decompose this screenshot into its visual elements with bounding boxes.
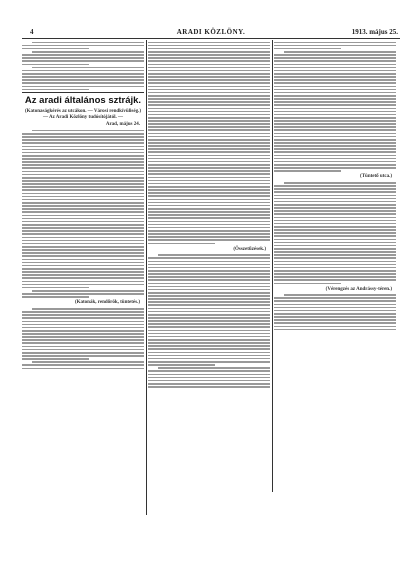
- issue-date: 1913. május 25.: [352, 28, 398, 36]
- column-1: Az aradi általános sztrájk. (Katonaságké…: [22, 40, 144, 513]
- newspaper-title: ARADI KÖZLÖNY.: [22, 28, 400, 36]
- column-divider: [272, 40, 273, 492]
- article-heading: Az aradi általános sztrájk.: [22, 95, 144, 107]
- dateline: Arad, május 24.: [22, 121, 144, 128]
- newspaper-page: 4 ARADI KÖZLÖNY. 1913. május 25. Az arad…: [22, 28, 400, 520]
- section-heading: (Összetűzések.): [148, 246, 270, 253]
- section-heading: (Vérengzés az Andrássy-téren.): [274, 286, 396, 293]
- column-3: (Tüntető utca.) (Vérengzés az Andrássy-t…: [274, 40, 396, 492]
- section-heading: (Katonák, rendőrök, tüntetés.): [22, 299, 144, 306]
- section-heading: (Tüntető utca.): [274, 173, 396, 180]
- column-divider: [146, 40, 147, 515]
- column-2: (Összetűzések.): [148, 40, 270, 492]
- page-header: 4 ARADI KÖZLÖNY. 1913. május 25.: [22, 28, 400, 39]
